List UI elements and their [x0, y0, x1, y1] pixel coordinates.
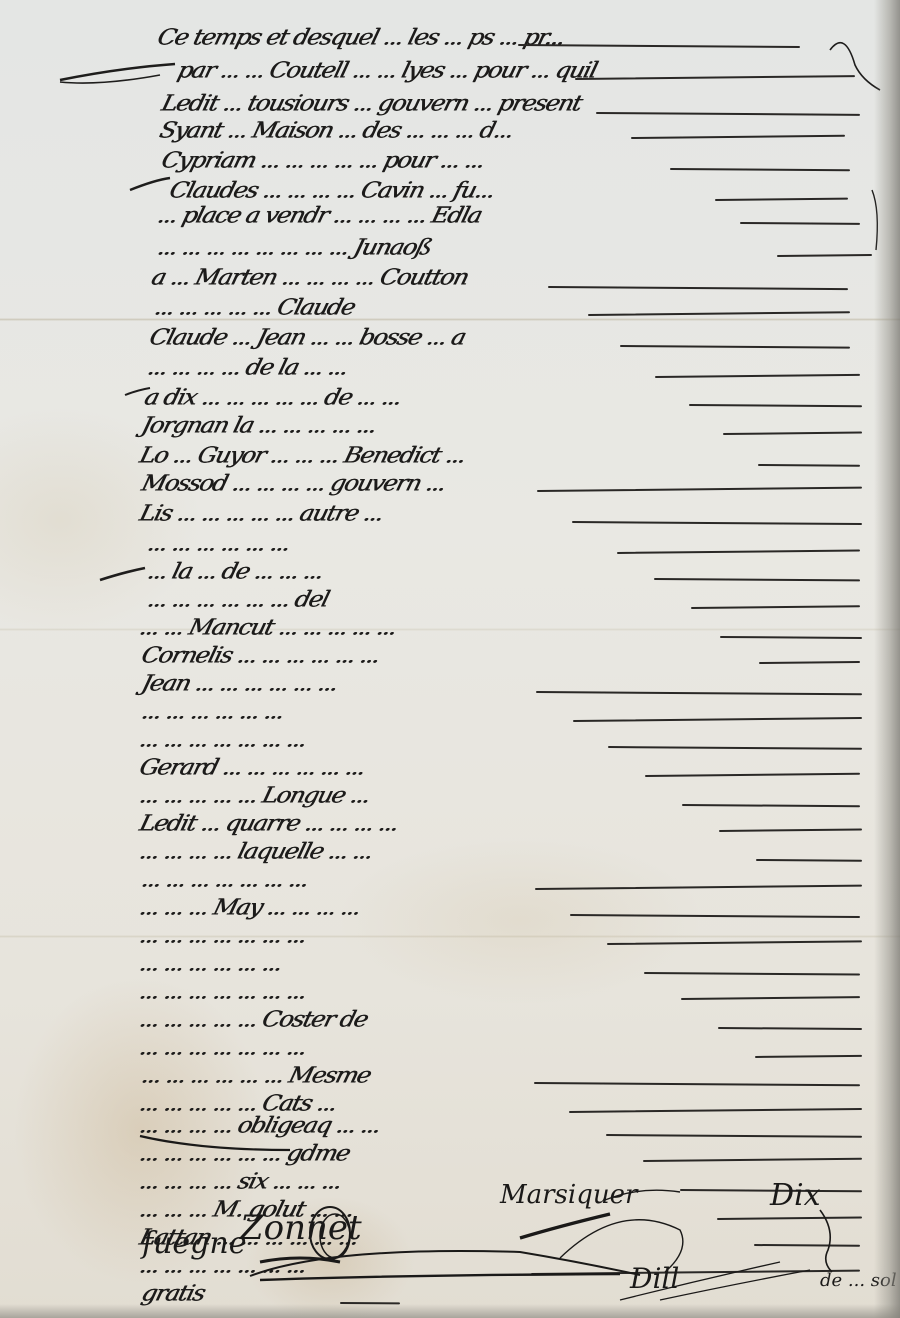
pen-flourishes — [0, 0, 900, 1318]
signature: Dix — [770, 1178, 821, 1213]
scan-edge-shadow — [0, 1304, 900, 1318]
signature: Zonnet — [240, 1208, 362, 1248]
signature: fuegne — [142, 1226, 246, 1261]
scan-edge-shadow — [874, 0, 900, 1318]
signature: Dill — [630, 1262, 679, 1295]
signature: Marsiquer — [500, 1180, 637, 1210]
manuscript-page: Ce temps et desquel ... les ... ps ... p… — [0, 0, 900, 1318]
